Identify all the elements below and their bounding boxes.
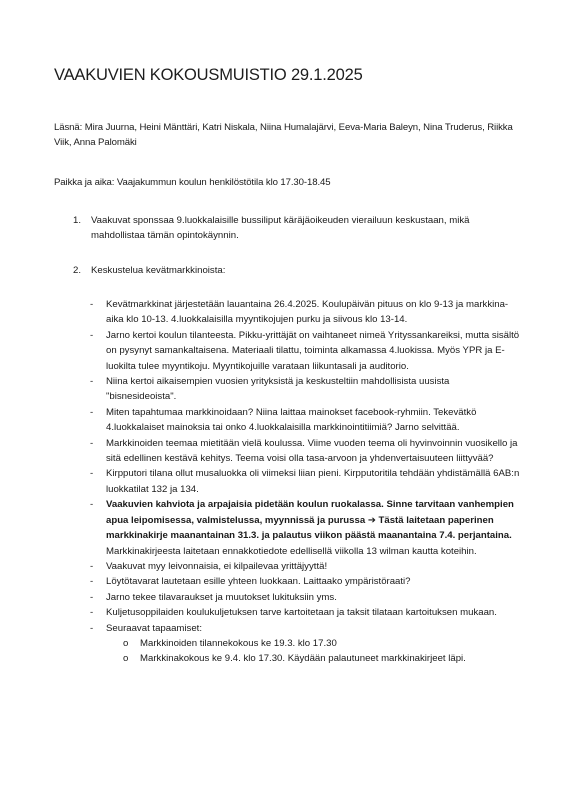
dash-bullet-icon: - [90,405,93,420]
item-text: Vaakuvat sponssaa 9.luokkalaisille bussi… [91,213,523,243]
list-item: -Miten tapahtumaa markkinoidaan? Niina l… [90,405,520,436]
numbered-item-2: 2. Keskustelua kevätmarkkinoista: [73,263,523,278]
item-number: 1. [73,213,81,228]
sub-list-item: oMarkkinakokous ke 9.4. klo 17.30. Käydä… [106,651,520,666]
next-meetings-sublist: oMarkkinoiden tilannekokous ke 19.3. klo… [106,636,520,667]
dash-bullet-icon: - [90,605,93,620]
list-item-text: Kevätmarkkinat järjestetään lauantaina 2… [106,299,508,325]
document-page: VAAKUVIEN KOKOUSMUISTIO 29.1.2025 Läsnä:… [0,0,565,800]
list-item-text: Kuljetusoppilaiden koulukuljetuksen tarv… [106,607,497,618]
attendees-paragraph: Läsnä: Mira Juurna, Heini Mänttäri, Katr… [54,120,514,150]
spring-market-bullet-list: -Kevätmarkkinat järjestetään lauantaina … [90,297,520,667]
list-item: -Jarno kertoi koulun tilanteesta. Pikku-… [90,328,520,374]
sub-list-item-text: Markkinoiden tilannekokous ke 19.3. klo … [140,638,337,649]
place-time-paragraph: Paikka ja aika: Vaajakummun koulun henki… [54,175,514,190]
list-item-text: Jarno kertoi koulun tilanteesta. Pikku-y… [106,330,519,372]
document-title: VAAKUVIEN KOKOUSMUISTIO 29.1.2025 [54,66,363,85]
sub-list-item-text: Markkinakokous ke 9.4. klo 17.30. Käydää… [140,653,466,664]
dash-bullet-icon: - [90,497,93,512]
circle-bullet-icon: o [123,636,128,651]
list-item-cafe-lottery: -Vaakuvien kahviota ja arpajaisia pidetä… [90,497,520,559]
list-item: -Kevätmarkkinat järjestetään lauantaina … [90,297,520,328]
list-item: -Niina kertoi aikaisempien vuosien yrity… [90,374,520,405]
list-item-text: Miten tapahtumaa markkinoidaan? Niina la… [106,407,476,433]
list-item-text: Löytötavarat lautetaan esille yhteen luo… [106,576,411,587]
dash-bullet-icon: - [90,590,93,605]
list-item-text: Jarno tekee tilavaraukset ja muutokset l… [106,592,337,603]
dash-bullet-icon: - [90,436,93,451]
dash-bullet-icon: - [90,559,93,574]
list-item-text: Kirpputori tilana ollut musaluokka oli v… [106,468,519,494]
list-item: -Kuljetusoppilaiden koulukuljetuksen tar… [90,605,520,620]
list-item: -Jarno tekee tilavaraukset ja muutokset … [90,590,520,605]
item-text: Keskustelua kevätmarkkinoista: [91,263,523,278]
dash-bullet-icon: - [90,374,93,389]
numbered-item-1: 1. Vaakuvat sponssaa 9.luokkalaisille bu… [73,213,523,243]
list-item-text: Niina kertoi aikaisempien vuosien yrityk… [106,376,449,402]
list-item-next-meetings: -Seuraavat tapaamiset: oMarkkinoiden til… [90,621,520,667]
list-item-text: Markkinoiden teemaa mietitään vielä koul… [106,438,518,464]
list-item-text: Markkinakirjeesta laitetaan ennakkotiedo… [106,546,477,557]
dash-bullet-icon: - [90,328,93,343]
dash-bullet-icon: - [90,621,93,636]
list-item-text: Seuraavat tapaamiset: [106,623,202,634]
circle-bullet-icon: o [123,651,128,666]
dash-bullet-icon: - [90,466,93,481]
dash-bullet-icon: - [90,574,93,589]
list-item: -Vaakuvat myy leivonnaisia, ei kilpailev… [90,559,520,574]
bold-text: Vaakuvien kahviota ja arpajaisia pidetää… [106,499,514,541]
list-item: -Kirpputori tilana ollut musaluokka oli … [90,466,520,497]
list-item: -Löytötavarat lautetaan esille yhteen lu… [90,574,520,589]
list-item: -Markkinoiden teemaa mietitään vielä kou… [90,436,520,467]
list-item-text: Vaakuvat myy leivonnaisia, ei kilpaileva… [106,561,327,572]
item-number: 2. [73,263,81,278]
dash-bullet-icon: - [90,297,93,312]
sub-list-item: oMarkkinoiden tilannekokous ke 19.3. klo… [106,636,520,651]
